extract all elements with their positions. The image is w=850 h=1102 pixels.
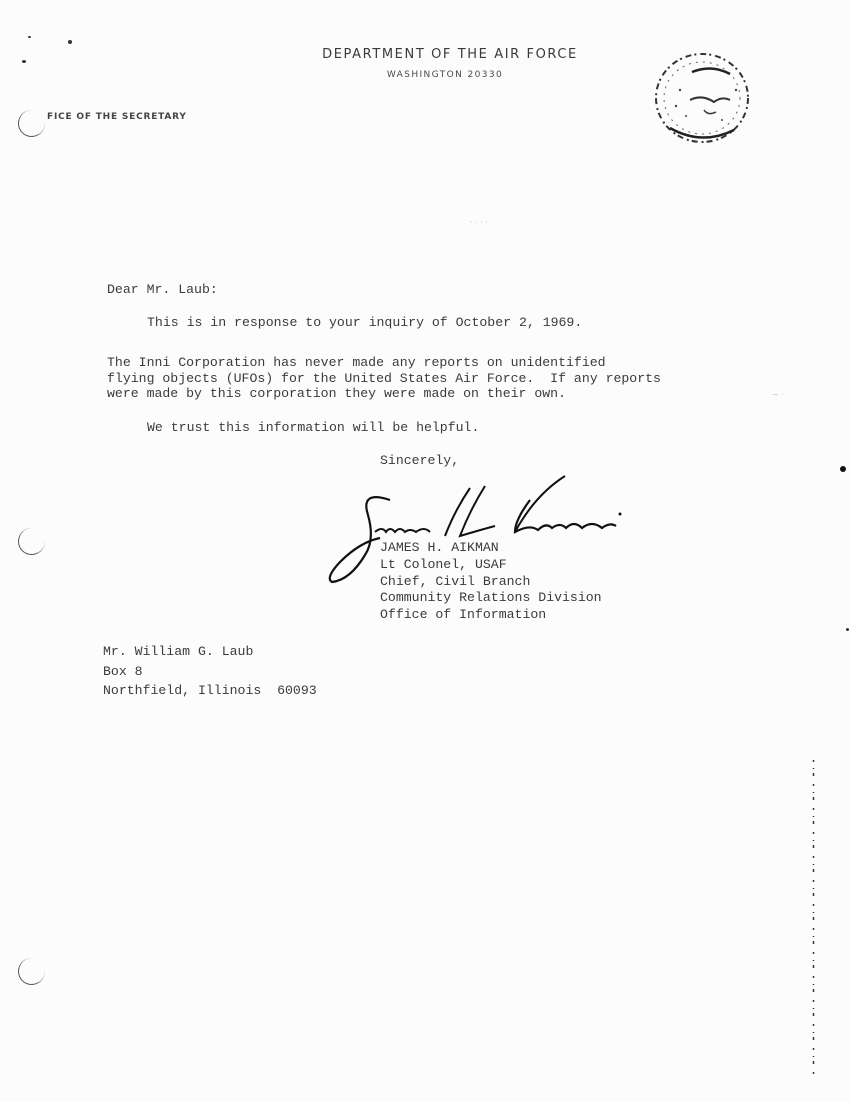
recipient-address: Mr. William G. Laub Box 8 Northfield, Il… (103, 642, 317, 701)
punch-hole-icon (18, 528, 45, 555)
closing: Sincerely, (380, 453, 459, 469)
punch-hole-icon (18, 110, 45, 137)
faint-mark: · · · · (470, 218, 488, 227)
scan-speck (68, 40, 72, 44)
letterhead-office: FICE OF THE SECRETARY (47, 112, 187, 122)
scan-speck (22, 60, 26, 63)
signature-block: JAMES H. AIKMAN Lt Colonel, USAF Chief, … (380, 540, 602, 624)
letter-page: DEPARTMENT OF THE AIR FORCE WASHINGTON 2… (0, 0, 850, 1102)
punch-hole-icon (18, 958, 45, 985)
paragraph-ufo-reports: The Inni Corporation has never made any … (107, 355, 661, 402)
edge-marks-icon (812, 760, 815, 1080)
paragraph-inquiry: This is in response to your inquiry of O… (147, 315, 582, 331)
paragraph-helpful: We trust this information will be helpfu… (147, 420, 479, 436)
salutation: Dear Mr. Laub: (107, 282, 218, 298)
seal-icon (652, 50, 752, 146)
faint-mark: ~ · (772, 390, 784, 399)
scan-speck (28, 36, 31, 38)
scan-speck (840, 466, 846, 472)
scan-speck (846, 628, 849, 631)
